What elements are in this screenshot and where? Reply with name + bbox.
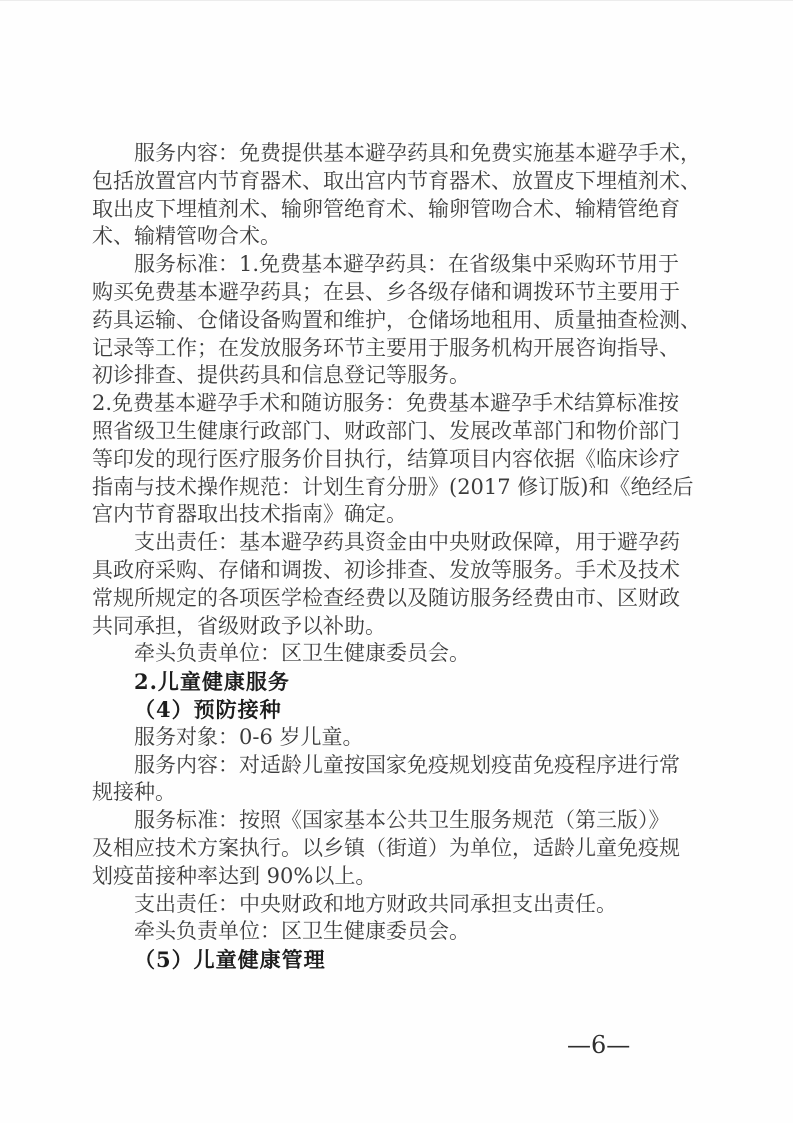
- paragraph-service-content-contraception: 服务内容：免费提供基本避孕药具和免费实施基本避孕手术， 包括放置宫内节育器术、取…: [92, 140, 706, 251]
- text-line: 牵头负责单位：区卫生健康委员会。: [92, 640, 706, 668]
- text-line: 照省级卫生健康行政部门、财政部门、发展改革部门和物价部门: [92, 418, 706, 446]
- text-line: 具政府采购、存储和调拨、初诊排查、发放等服务。手术及技术: [92, 557, 706, 585]
- text-line: 术、输精管吻合术。: [92, 223, 706, 251]
- text-line: 取出皮下埋植剂术、输卵管绝育术、输卵管吻合术、输精管绝育: [92, 196, 706, 224]
- text-line: 2.免费基本避孕手术和随访服务：免费基本避孕手术结算标准按: [92, 390, 706, 418]
- text-line: 牵头负责单位：区卫生健康委员会。: [92, 918, 706, 946]
- paragraph-lead-unit-vaccination: 牵头负责单位：区卫生健康委员会。: [92, 918, 706, 946]
- paragraph-service-content-vaccination: 服务内容：对适龄儿童按国家免疫规划疫苗免疫程序进行常 规接种。: [92, 752, 706, 808]
- document-body: 服务内容：免费提供基本避孕药具和免费实施基本避孕手术， 包括放置宫内节育器术、取…: [92, 140, 706, 974]
- text-line: 及相应技术方案执行。以乡镇（街道）为单位，适龄儿童免疫规: [92, 835, 706, 863]
- text-line: 服务标准：按照《国家基本公共卫生服务规范（第三版）》: [92, 807, 706, 835]
- text-line: 记录等工作；在发放服务环节主要用于服务机构开展咨询指导、: [92, 335, 706, 363]
- text-line: 等印发的现行医疗服务价目执行，结算项目内容依据《临床诊疗: [92, 446, 706, 474]
- heading-child-health-services: 2.儿童健康服务: [92, 668, 706, 696]
- text-line: 常规所规定的各项医学检查经费以及随访服务经费由市、区财政: [92, 585, 706, 613]
- heading-child-health-management: （5）儿童健康管理: [92, 946, 706, 974]
- paragraph-service-standard-drugs: 服务标准：1.免费基本避孕药具：在省级集中采购环节用于 购买免费基本避孕药具；在…: [92, 251, 706, 390]
- text-line: 规接种。: [92, 779, 706, 807]
- section-heading: 2.儿童健康服务: [92, 668, 706, 696]
- text-line: 划疫苗接种率达到 90%以上。: [92, 863, 706, 891]
- text-line: 服务标准：1.免费基本避孕药具：在省级集中采购环节用于: [92, 251, 706, 279]
- text-line: 支出责任：中央财政和地方财政共同承担支出责任。: [92, 891, 706, 919]
- text-line: 支出责任：基本避孕药具资金由中央财政保障，用于避孕药: [92, 529, 706, 557]
- paragraph-lead-unit-contraception: 牵头负责单位：区卫生健康委员会。: [92, 640, 706, 668]
- paragraph-expenditure-responsibility-contraception: 支出责任：基本避孕药具资金由中央财政保障，用于避孕药 具政府采购、存储和调拨、初…: [92, 529, 706, 640]
- paragraph-free-surgery-followup: 2.免费基本避孕手术和随访服务：免费基本避孕手术结算标准按 照省级卫生健康行政部…: [92, 390, 706, 529]
- text-line: 指南与技术操作规范：计划生育分册》(2017 修订版)和《绝经后: [92, 474, 706, 502]
- section-heading: （5）儿童健康管理: [92, 946, 706, 974]
- text-line: 服务内容：对适龄儿童按国家免疫规划疫苗免疫程序进行常: [92, 752, 706, 780]
- page-number: —6—: [567, 1031, 630, 1059]
- text-line: 宫内节育器取出技术指南》确定。: [92, 501, 706, 529]
- text-line: 服务内容：免费提供基本避孕药具和免费实施基本避孕手术，: [92, 140, 706, 168]
- text-line: 服务对象：0-6 岁儿童。: [92, 724, 706, 752]
- document-page: 服务内容：免费提供基本避孕药具和免费实施基本避孕手术， 包括放置宫内节育器术、取…: [0, 0, 793, 1123]
- text-line: 包括放置宫内节育器术、取出宫内节育器术、放置皮下埋植剂术、: [92, 168, 706, 196]
- text-line: 共同承担，省级财政予以补助。: [92, 613, 706, 641]
- text-line: 药具运输、仓储设备购置和维护，仓储场地租用、质量抽查检测、: [92, 307, 706, 335]
- paragraph-service-target-vaccination: 服务对象：0-6 岁儿童。: [92, 724, 706, 752]
- text-line: 初诊排查、提供药具和信息登记等服务。: [92, 362, 706, 390]
- paragraph-expenditure-responsibility-vaccination: 支出责任：中央财政和地方财政共同承担支出责任。: [92, 891, 706, 919]
- section-heading: （4）预防接种: [92, 696, 706, 724]
- heading-vaccination: （4）预防接种: [92, 696, 706, 724]
- text-line: 购买免费基本避孕药具；在县、乡各级存储和调拨环节主要用于: [92, 279, 706, 307]
- paragraph-service-standard-vaccination: 服务标准：按照《国家基本公共卫生服务规范（第三版）》 及相应技术方案执行。以乡镇…: [92, 807, 706, 890]
